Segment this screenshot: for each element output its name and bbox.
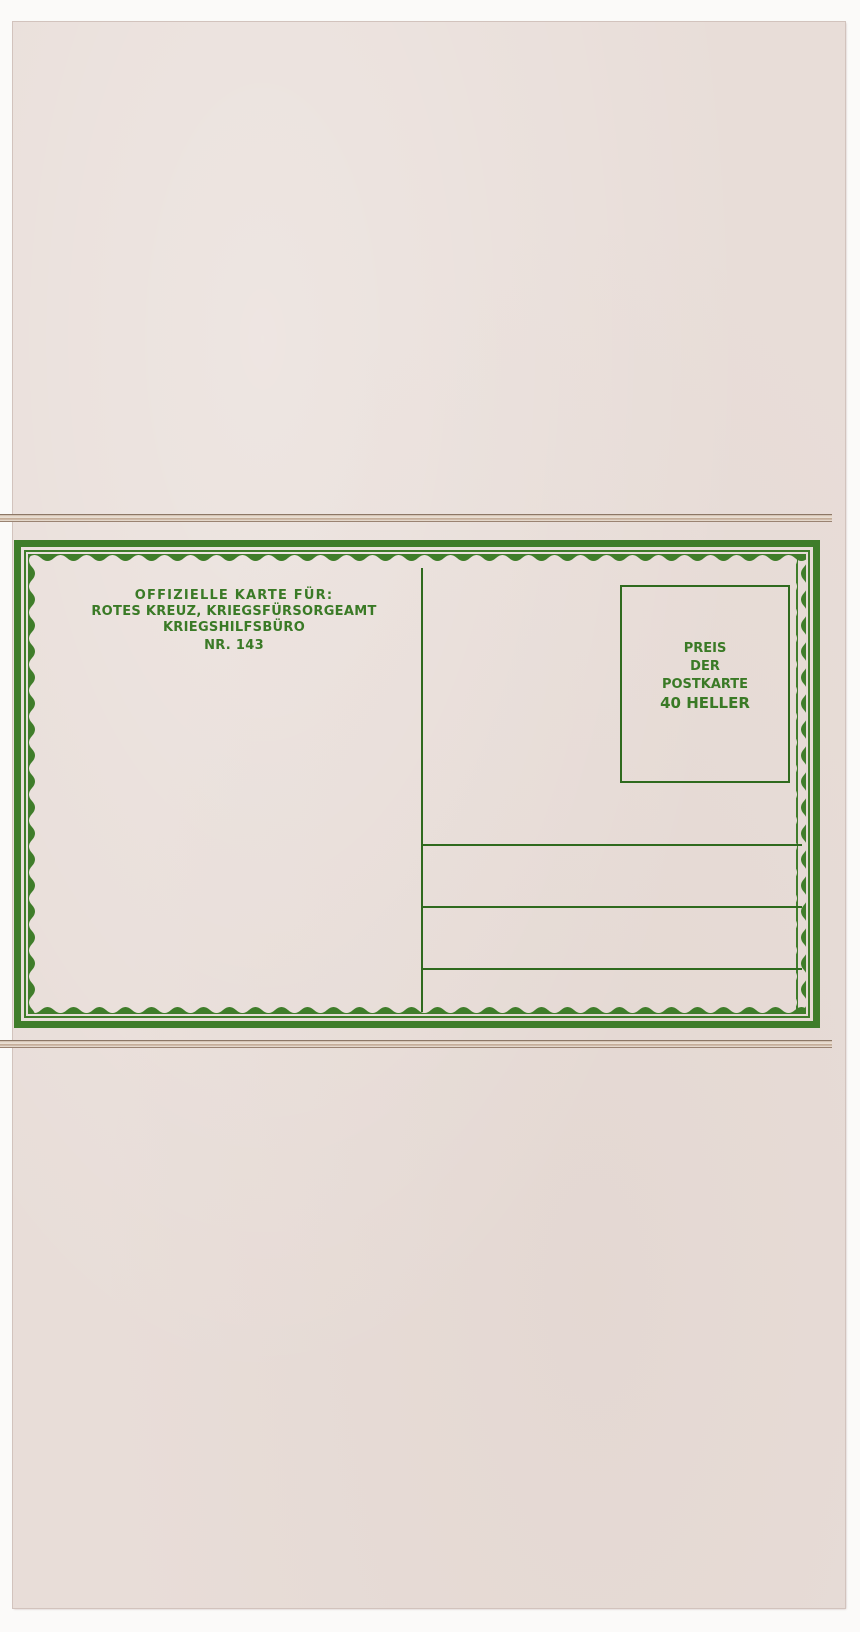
top-flap-blank — [13, 22, 845, 537]
fold-crease-top — [0, 514, 832, 522]
address-line — [422, 844, 802, 846]
postage-price-text: PREIS DER POSTKARTE 40 HELLER — [620, 640, 790, 712]
message-address-divider — [421, 568, 423, 1012]
address-line — [422, 906, 802, 908]
header-line-1: OFFIZIELLE KARTE FÜR: — [48, 588, 420, 604]
bottom-flap-blank — [13, 1069, 845, 1608]
stamp-price: 40 HELLER — [620, 694, 790, 712]
stamp-line-3: POSTKARTE — [620, 676, 790, 694]
card-header: OFFIZIELLE KARTE FÜR: ROTES KREUZ, KRIEG… — [48, 588, 420, 654]
fold-crease-bottom — [0, 1040, 832, 1048]
header-line-2: ROTES KREUZ, KRIEGSFÜRSORGEAMT — [48, 604, 420, 620]
stamp-line-2: DER — [620, 658, 790, 676]
address-line — [422, 968, 802, 970]
stamp-line-1: PREIS — [620, 640, 790, 658]
card-number: NR. 143 — [48, 638, 420, 654]
header-line-3: KRIEGSHILFSBÜRO — [48, 620, 420, 636]
